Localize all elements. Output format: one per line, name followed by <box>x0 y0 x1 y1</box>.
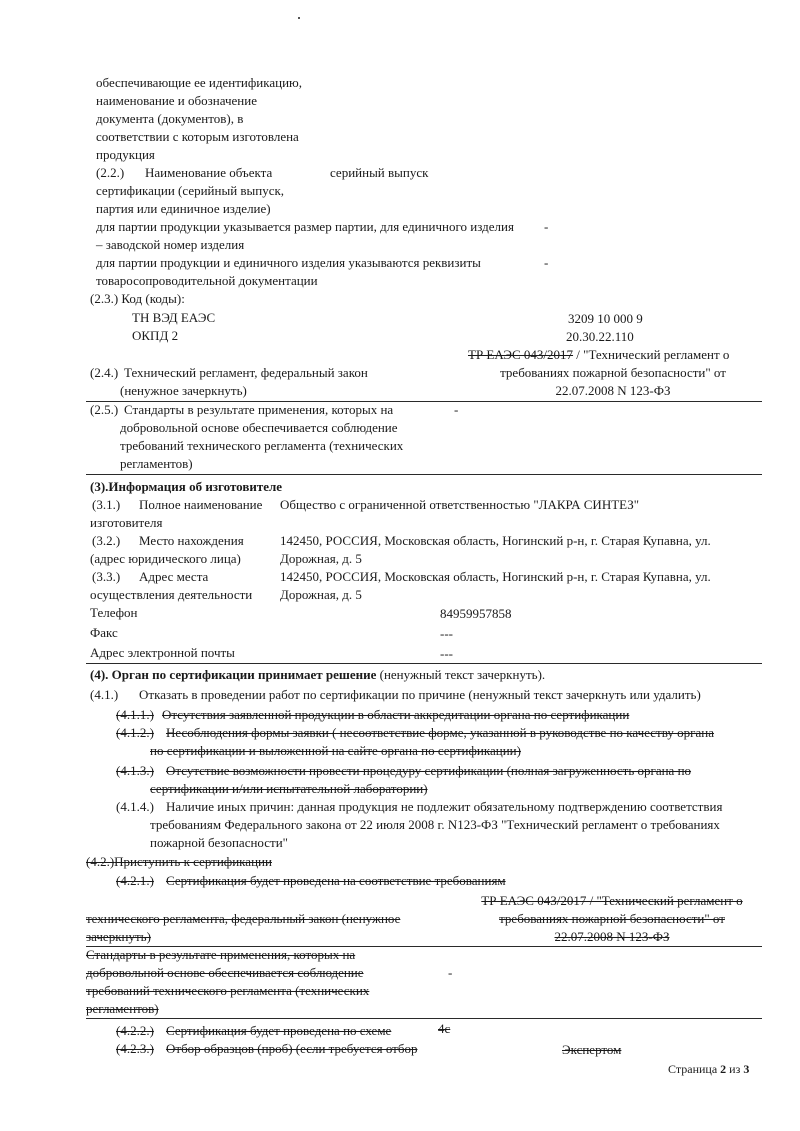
item-2-4-label: (ненужное зачеркнуть) <box>120 382 247 400</box>
page-prefix: Страница <box>668 1062 720 1076</box>
legal-address: Дорожная, д. 5 <box>280 550 362 568</box>
section-3-title: (3).Информация об изготовителе <box>90 478 282 496</box>
code-value-tnved: 3209 10 000 9 <box>568 310 643 328</box>
item-3-1-label: изготовителя <box>90 514 162 532</box>
item-2-2-label: Наименование объекта <box>145 164 272 182</box>
email-label: Адрес электронной почты <box>90 644 235 662</box>
phone-label: Телефон <box>90 604 138 622</box>
intro-line: соответствии с которым изготовлена <box>96 128 299 146</box>
item-4-1-number: (4.1.) <box>90 686 118 704</box>
item-4-2-3-text: Отбор образцов (проб) (если требуется от… <box>166 1040 417 1058</box>
item-2-2-number: (2.2.) <box>96 164 124 182</box>
batch-size-label: – заводской номер изделия <box>96 236 244 254</box>
item-2-4-number: (2.4.) <box>90 364 118 382</box>
item-2-5-label: добровольной основе обеспечивается соблю… <box>120 419 398 437</box>
regulation-name: / "Технический регламент о <box>573 347 729 362</box>
intro-line: наименование и обозначение <box>96 92 257 110</box>
activity-address: 142450, РОССИЯ, Московская область, Ноги… <box>280 568 711 586</box>
code-name-tnved: ТН ВЭД ЕАЭС <box>132 309 215 327</box>
item-2-5-label: требований технического регламента (техн… <box>120 437 403 455</box>
divider <box>86 663 762 664</box>
item-4-1-3-text: Отсутствие возможности провести процедур… <box>166 762 691 780</box>
item-4-2-1-value: 22.07.2008 N 123-ФЗ <box>462 928 762 946</box>
item-4-2-text: Приступить к сертификации <box>114 854 272 869</box>
item-4-2-1-value: требованиях пожарной безопасности" от <box>462 910 762 928</box>
page-number: Страница 2 из 3 <box>668 1060 749 1078</box>
item-4-1-3-text: сертификации и/или испытательной лаборат… <box>150 780 428 798</box>
item-4-2-number: (4.2.) <box>86 854 114 869</box>
item-2-2-label: сертификации (серийный выпуск, <box>96 182 284 200</box>
item-4-1-2-text: по сертификации и выложенной на сайте ор… <box>150 742 521 760</box>
phone-value: 84959957858 <box>440 605 512 623</box>
item-4-1-4-text: Наличие иных причин: данная продукция не… <box>166 798 722 816</box>
item-2-4-value: требованиях пожарной безопасности" от <box>468 364 758 382</box>
fax-value: --- <box>440 625 453 643</box>
item-3-2-label: Место нахождения <box>139 532 244 550</box>
item-4-2-2-text: Сертификация будет проведена по схеме <box>166 1022 391 1040</box>
item-3-3-number: (3.3.) <box>92 568 120 586</box>
section-4-title: (4). Орган по сертификации принимает реш… <box>90 666 545 684</box>
page-total: 3 <box>743 1062 749 1076</box>
legal-address: 142450, РОССИЯ, Московская область, Ноги… <box>280 532 711 550</box>
item-4-1-1-number: (4.1.1.) <box>116 706 154 724</box>
item-2-4-value-line: ТР ЕАЭС 043/2017 / "Технический регламен… <box>468 346 729 364</box>
item-4-2-2-number: (4.2.2.) <box>116 1022 154 1040</box>
item-2-5-label: Стандарты в результате применения, котор… <box>124 401 393 419</box>
item-4-1-text: Отказать в проведении работ по сертифика… <box>139 686 701 704</box>
divider <box>86 1018 762 1019</box>
scheme-value: 4с <box>438 1020 450 1038</box>
item-2-5-value: - <box>454 401 458 419</box>
item-4-1-4-number: (4.1.4.) <box>116 798 154 816</box>
item-4-1-1-text: Отсутствия заявленной продукции в област… <box>162 706 629 724</box>
item-3-3-label: осуществления деятельности <box>90 586 252 604</box>
item-2-4-label: Технический регламент, федеральный закон <box>124 364 368 382</box>
item-3-1-label: Полное наименование <box>139 496 262 514</box>
intro-line: продукция <box>96 146 155 164</box>
section-4-title-note: (ненужный текст зачеркнуть). <box>376 667 545 682</box>
standards-label: регламентов) <box>86 1000 159 1018</box>
item-2-5-label: регламентов) <box>120 455 193 473</box>
intro-line: обеспечивающие ее идентификацию, <box>96 74 302 92</box>
item-2-2-value: серийный выпуск <box>330 164 428 182</box>
email-value: --- <box>440 645 453 663</box>
item-4-1-4-text: требованиям Федерального закона от 22 ию… <box>150 816 720 834</box>
item-3-2-number: (3.2.) <box>92 532 120 550</box>
intro-line: документа (документов), в <box>96 110 243 128</box>
scan-speck <box>298 17 300 19</box>
manufacturer-name: Общество с ограниченной ответственностью… <box>280 496 639 514</box>
item-3-2-label: (адрес юридического лица) <box>90 550 241 568</box>
batch-size-label: для партии продукции указывается размер … <box>96 218 514 236</box>
shipping-docs-value: - <box>544 254 548 272</box>
sampling-value: Экспертом <box>562 1041 621 1059</box>
item-4-1-2-text: Несоблюдения формы заявки ( несоответств… <box>166 724 714 742</box>
item-4-2-1-text: Сертификация будет проведена на соответс… <box>166 872 506 890</box>
page-of: из <box>726 1062 743 1076</box>
item-2-5-number: (2.5.) <box>90 401 118 419</box>
activity-address: Дорожная, д. 5 <box>280 586 362 604</box>
shipping-docs-label: товаросопроводительной документации <box>96 272 318 290</box>
standards-label: требований технического регламента (техн… <box>86 982 369 1000</box>
item-3-3-label: Адрес места <box>139 568 208 586</box>
item-2-3-label: (2.3.) Код (коды): <box>90 290 185 308</box>
standards-value: - <box>448 964 452 982</box>
standards-label: добровольной основе обеспечивается соблю… <box>86 964 364 982</box>
item-4-2-3-number: (4.2.3.) <box>116 1040 154 1058</box>
item-4-2-1-label: зачеркнуть) <box>86 928 151 946</box>
item-4-1-3-number: (4.1.3.) <box>116 762 154 780</box>
item-4-2: (4.2.)Приступить к сертификации <box>86 853 272 871</box>
code-name-okpd: ОКПД 2 <box>132 327 178 345</box>
divider <box>86 474 762 475</box>
item-4-2-1-value: ТР ЕАЭС 043/2017 / "Технический регламен… <box>462 892 762 910</box>
item-3-1-number: (3.1.) <box>92 496 120 514</box>
item-4-1-2-number: (4.1.2.) <box>116 724 154 742</box>
item-4-2-1-number: (4.2.1.) <box>116 872 154 890</box>
fax-label: Факс <box>90 624 118 642</box>
struck-regulation: ТР ЕАЭС 043/2017 <box>468 347 573 362</box>
item-4-1-4-text: пожарной безопасности" <box>150 834 288 852</box>
item-2-4-value: 22.07.2008 N 123-ФЗ <box>468 382 758 400</box>
standards-label: Стандарты в результате применения, котор… <box>86 946 355 964</box>
code-value-okpd: 20.30.22.110 <box>566 328 634 346</box>
shipping-docs-label: для партии продукции и единичного издели… <box>96 254 481 272</box>
item-4-2-1-label: технического регламента, федеральный зак… <box>86 910 400 928</box>
section-4-title-bold: (4). Орган по сертификации принимает реш… <box>90 667 376 682</box>
item-2-2-label: партия или единичное изделие) <box>96 200 271 218</box>
batch-size-value: - <box>544 218 548 236</box>
